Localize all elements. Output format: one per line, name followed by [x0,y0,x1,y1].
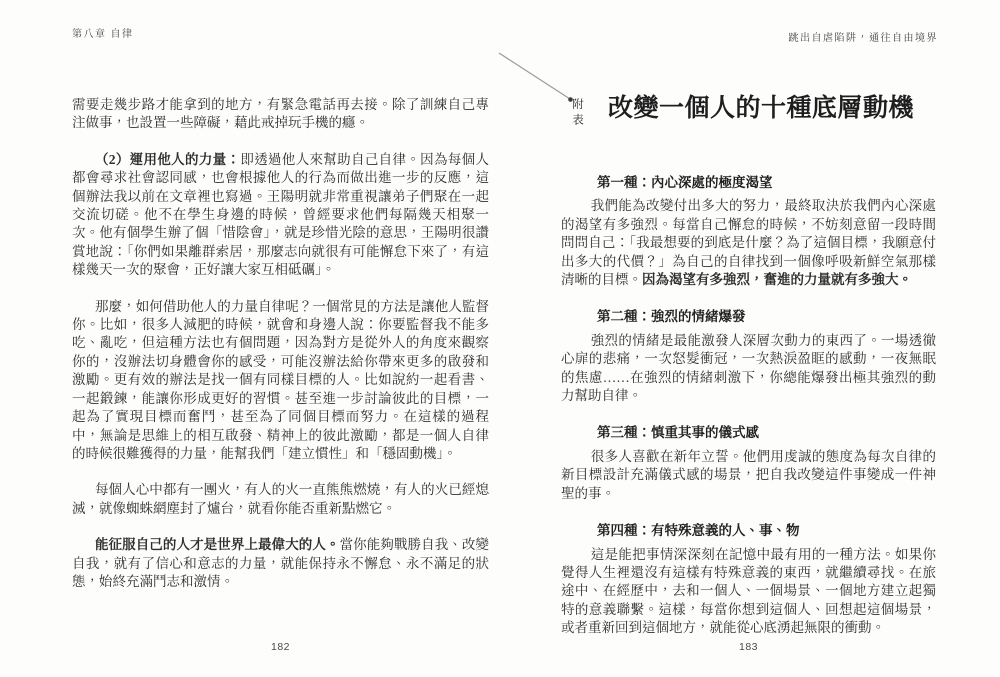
text-segment: 即透過他人來幫助自己自律。因為每個人都會尋求社會認同感，也會根據他人的行為而做出… [72,152,489,277]
paragraph: 強烈的情緒是最能激發人深層次動力的東西了。一場透徹心扉的悲痛，一次怒髮衝冠，一次… [561,332,936,406]
section-heading: 第三種：慎重其事的儀式感 [561,424,936,442]
text-segment: 需要走幾步路才能拿到的地方，有緊急電話再去接。除了訓練自己專注做事，也設置一些障… [72,97,489,130]
paragraph: 那麼，如何借助他人的力量自律呢？一個常見的方法是讓他人監督你。比如，很多人減肥的… [72,298,489,464]
paragraph: （2）運用他人的力量：即透過他人來幫助自己自律。因為每個人都會尋求社會認同感，也… [72,151,489,280]
paragraph: 很多人喜歡在新年立誓。他們用虔誠的態度為每次自律的新目標設計充滿儀式感的場景，把… [561,448,936,503]
text-segment: 這是能把事情深深刻在記憶中最有用的一種方法。如果你覺得人生裡還沒有這樣有特殊意義… [561,547,936,636]
left-running-header: 第八章 自律 [72,25,134,40]
paragraph: 這是能把事情深深刻在記憶中最有用的一種方法。如果你覺得人生裡還沒有這樣有特殊意義… [561,546,936,638]
left-page-body: 需要走幾步路才能拿到的地方，有緊急電話再去接。除了訓練自己專注做事，也設置一些障… [72,96,489,591]
right-page-number: 183 [561,641,936,653]
text-segment: 很多人喜歡在新年立誓。他們用虔誠的態度為每次自律的新目標設計充滿儀式感的場景，把… [561,449,936,501]
text-segment: 那麼，如何借助他人的力量自律呢？一個常見的方法是讓他人監督你。比如，很多人減肥的… [72,299,489,461]
bold-text-segment: （2）運用他人的力量： [95,152,240,167]
paragraph: 我們能為改變付出多大的努力，最終取決於我們內心深處的渴望有多強烈。每當自己懈怠的… [561,197,936,289]
bold-text-segment: 因為渴望有多強烈，奮進的力量就有多強大。 [642,272,912,287]
section-heading: 第四種：有特殊意義的人、事、物 [561,522,936,540]
paragraph: 能征服自己的人才是世界上最偉大的人。當你能夠戰勝自我、改變自我，就有了信心和意志… [72,536,489,591]
text-segment: 每個人心中都有一團火，有人的火一直熊熊燃燒，有人的火已經熄滅，就像蜘蛛網塵封了爐… [72,482,489,515]
appendix-margin-label: 附表 [569,98,585,129]
paragraph: 需要走幾步路才能拿到的地方，有緊急電話再去接。除了訓練自己專注做事，也設置一些障… [72,96,489,133]
right-page-body: 第一種：內心深處的極度渴望我們能為改變付出多大的努力，最終取決於我們內心深處的渴… [561,174,936,638]
left-page-number: 182 [72,641,489,653]
section-heading: 第一種：內心深處的極度渴望 [561,174,936,192]
leader-line-icon [499,53,570,99]
paragraph: 每個人心中都有一團火，有人的火一直熊熊燃燒，有人的火已經熄滅，就像蜘蛛網塵封了爐… [72,481,489,518]
text-segment: 強烈的情緒是最能激發人深層次動力的東西了。一場透徹心扉的悲痛，一次怒髮衝冠，一次… [561,333,936,403]
section-heading: 第二種：強烈的情緒爆發 [561,308,936,326]
book-spread: 第八章 自律 需要走幾步路才能拿到的地方，有緊急電話再去接。除了訓練自己專注做事… [0,0,1000,677]
right-running-header: 跳出自虐陷阱，通往自由境界 [789,29,939,44]
page-title: 改變一個人的十種底層動機 [608,88,914,124]
bold-text-segment: 能征服自己的人才是世界上最偉大的人。 [95,537,340,552]
